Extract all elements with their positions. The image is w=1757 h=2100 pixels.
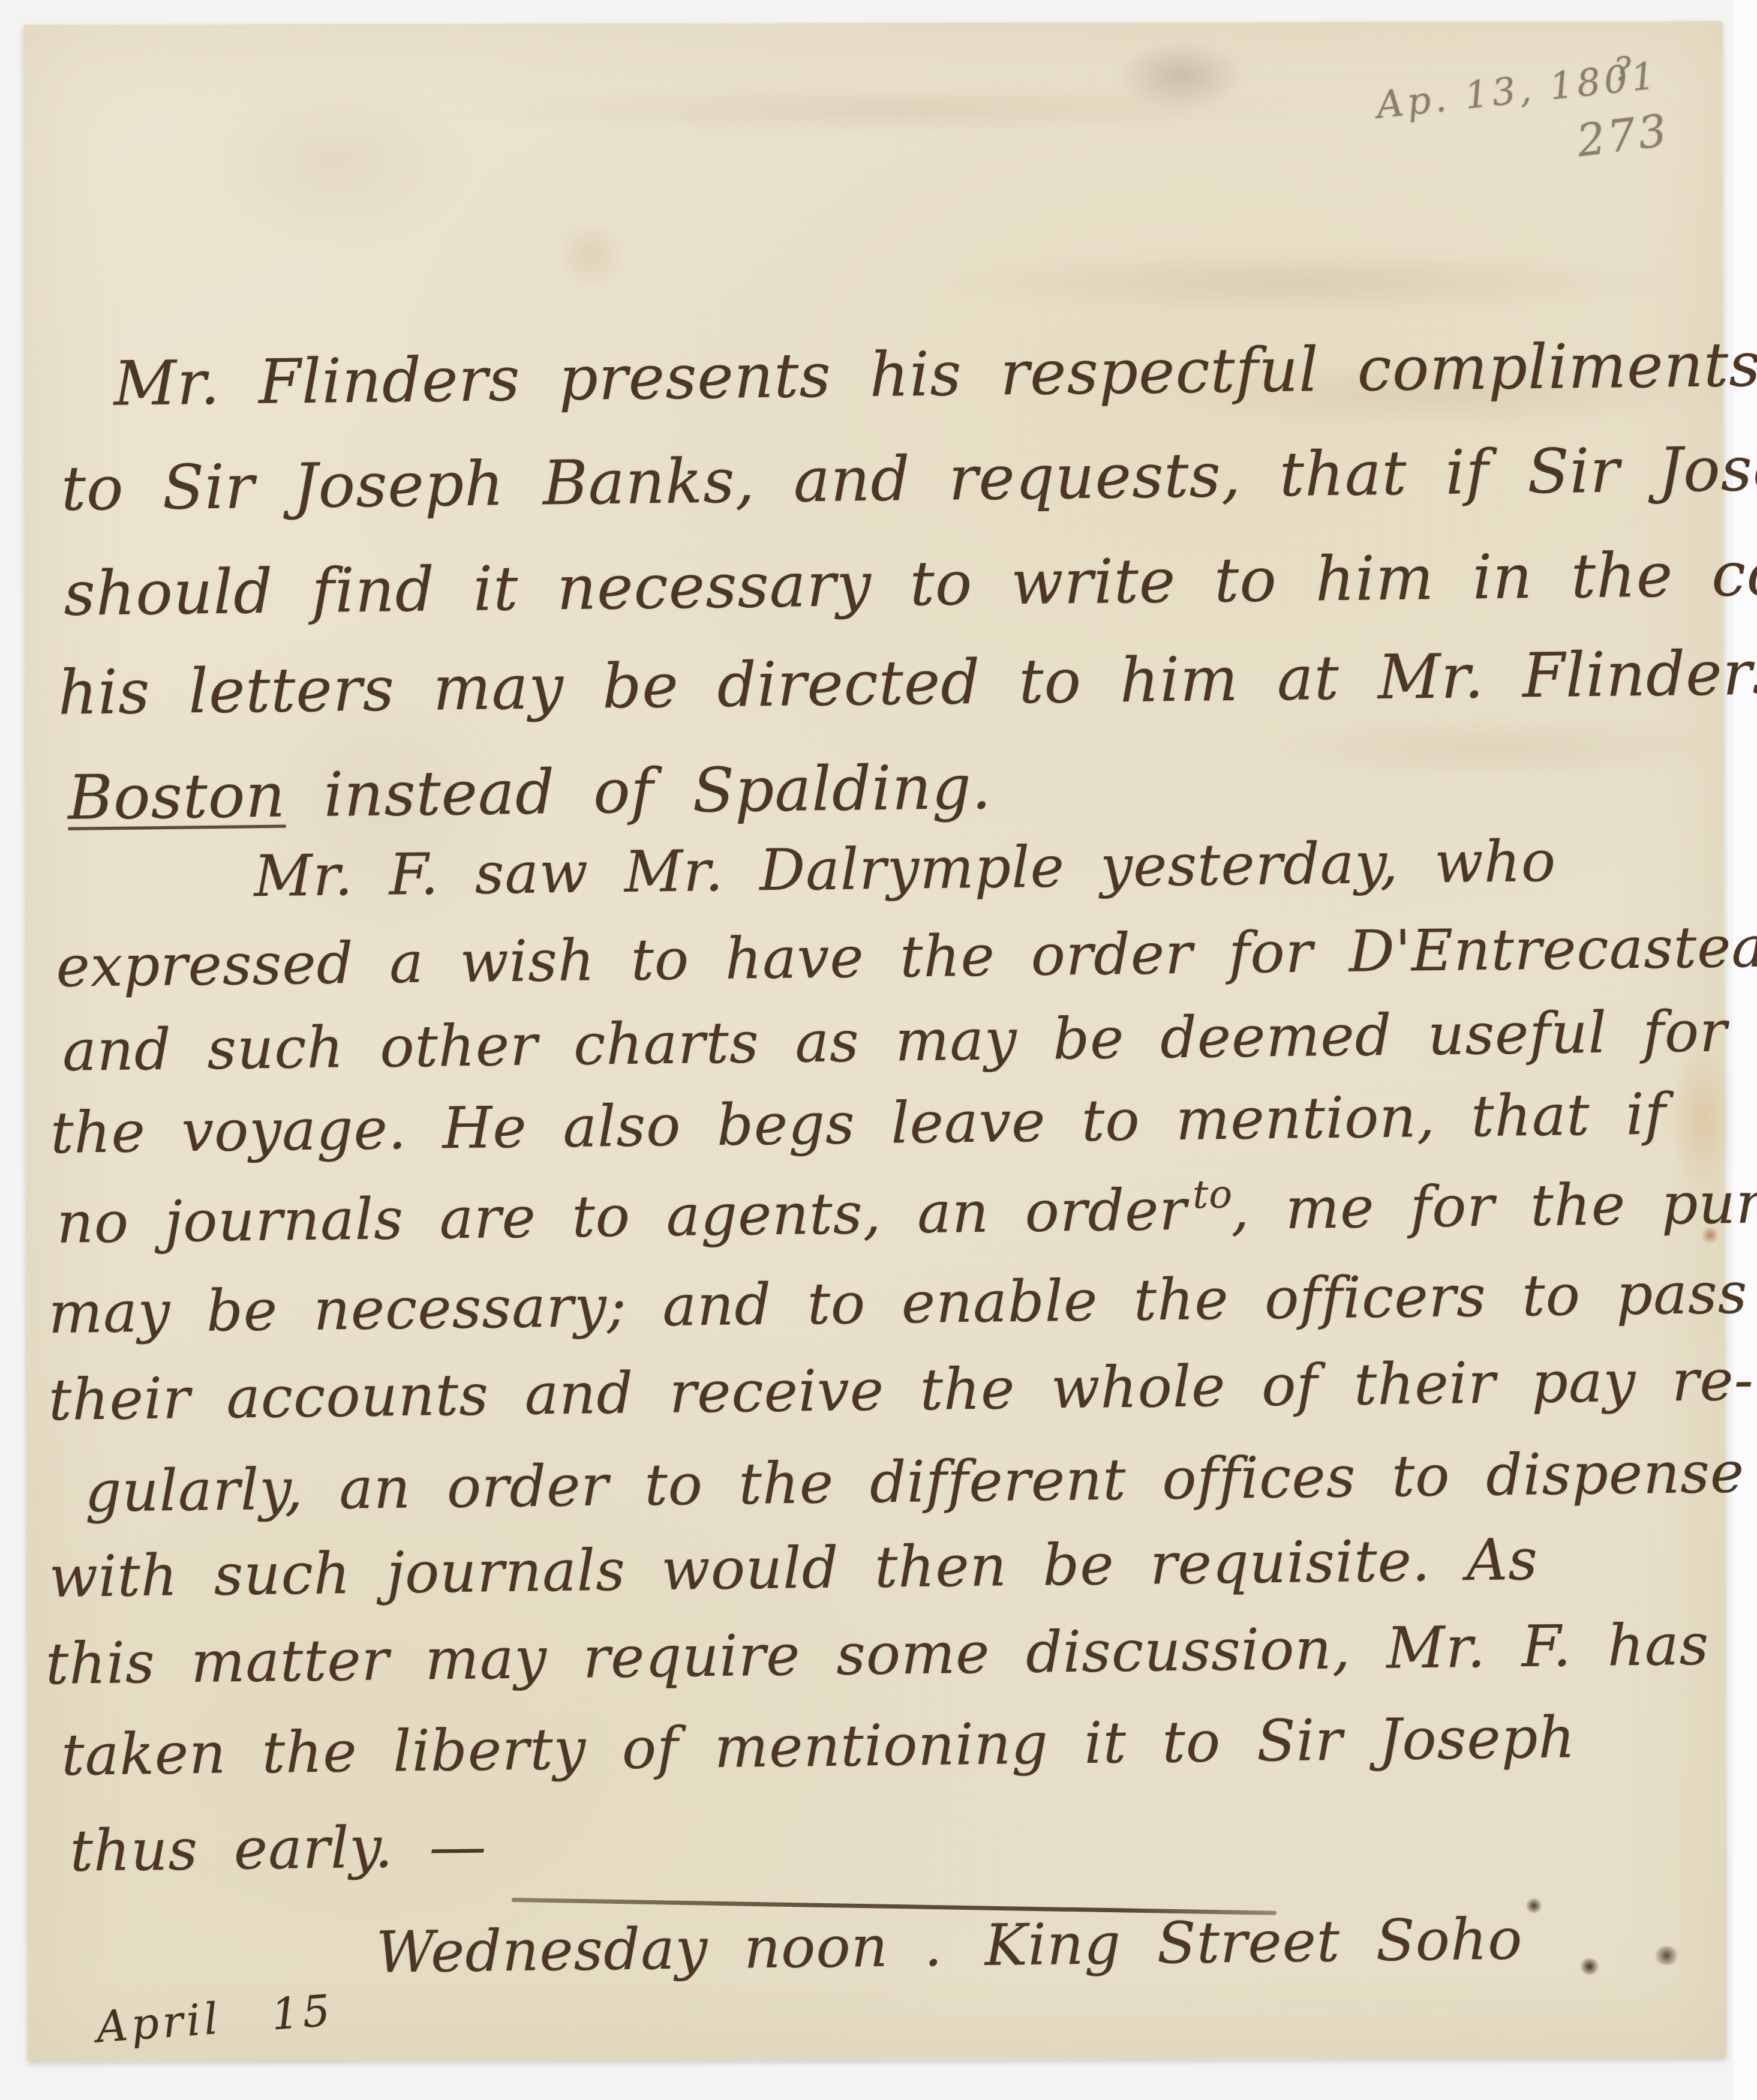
bleedthrough-smudge [1254,711,1734,784]
letter-line-10-after: , me for the purpose [1230,1169,1757,1243]
letter-line-11: may be necessary; and to enable the offi… [48,1265,1748,1342]
scanner-edge [1733,0,1757,2100]
ink-date-annotation: April 15 [95,1985,335,2052]
signoff-time: Wednesday noon . [376,1913,944,1986]
ink-spot [1654,1946,1679,1965]
pencil-page-number: 273 [1574,104,1672,167]
letter-line-10-before: no journals are to agents, an order [56,1177,1187,1256]
ink-spot [1525,1898,1542,1913]
letter-line-7: expressed a wish to have the order for D… [56,917,1757,996]
pencil-query-mark: ? [1612,49,1632,88]
letter-line-6: Mr. F. saw Mr. Dalrymple yesterday, who [254,833,1557,905]
letter-line-4: his letters may be directed to him at Mr… [58,643,1757,724]
letter-page: Ap. 13, 1801 ? 273 Mr. Flinders presents… [23,21,1726,2062]
underlined-word-boston: Boston [67,760,286,834]
letter-line-16: taken the liberty of mentioning it to Si… [61,1709,1576,1784]
letter-line-8: and such other charts as may be deemed u… [62,1003,1728,1079]
letter-line-5-rest: instead of Spalding. [285,752,992,832]
signoff-line: Wednesday noon .King Street Soho [376,1911,1523,1981]
letter-line-9: the voyage. He also begs leave to mentio… [50,1086,1667,1162]
bleedthrough-smudge [923,249,1673,317]
paper-stain [551,221,629,287]
letter-line-12: their accounts and receive the whole of … [49,1352,1755,1429]
letter-line-5: Boston instead of Spalding. [68,757,992,829]
letter-line-3: should find it necessary to write to him… [64,542,1757,625]
bleedthrough-smudge [443,82,1343,137]
letter-line-15: this matter may require some discussion,… [46,1616,1710,1693]
letter-line-10: no journals are to agents, an orderto, m… [56,1174,1757,1252]
signoff-place: King Street Soho [984,1906,1523,1978]
bleedthrough-smudge [1115,40,1247,112]
letter-line-2: to Sir Joseph Banks, and requests, that … [61,438,1757,520]
letter-line-13: gularly, an order to the different offic… [85,1444,1745,1520]
letter-line-14: with such journals would then be requisi… [49,1532,1538,1606]
letter-line-1: Mr. Flinders presents his respectful com… [113,335,1757,415]
bleedthrough-smudge [203,71,474,252]
inserted-word-to: to [1193,1175,1233,1214]
letter-line-17: thus early. — [70,1819,487,1880]
ink-spot [1579,1958,1599,1975]
